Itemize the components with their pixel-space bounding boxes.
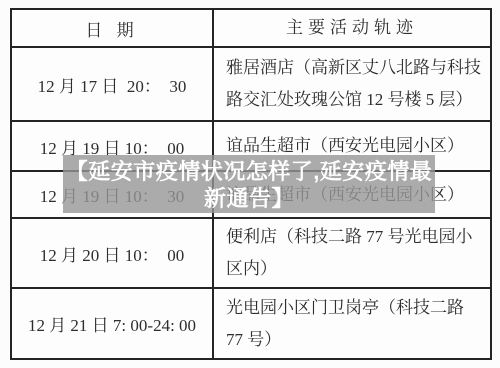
date-cell: 12 月 17 日 20： 30: [12, 48, 214, 120]
table-header-row: 日 期 主要活动轨迹: [12, 10, 490, 46]
table-row: 12 月 21 日 7: 00-24: 00 光电园小区门卫岗亭（科技二路 77…: [12, 287, 490, 358]
table-row: 12 月 20 日 10： 00 便利店（科技二路 77 号光电园小区内）: [12, 217, 490, 287]
header-trajectory: 主要活动轨迹: [214, 10, 490, 46]
watermark-overlay: 【延安市疫情状况怎样了,延安疫情最 新通告】: [63, 155, 435, 213]
trajectory-cell: 雅居酒店（高新区丈八北路与科技路交汇处玫瑰公馆 12 号楼 5 层）: [226, 52, 482, 116]
date-cell: 12 月 20 日 10： 00: [12, 219, 214, 287]
trajectory-cell: 光电园小区门卫岗亭（科技二路 77 号）: [226, 292, 482, 356]
date-cell: 12 月 21 日 7: 00-24: 00: [12, 289, 214, 358]
watermark-line-1: 【延安市疫情状况怎样了,延安疫情最: [63, 158, 435, 185]
header-date: 日 期: [12, 10, 214, 46]
watermark-line-2: 新通告】: [63, 185, 435, 212]
trajectory-cell: 便利店（科技二路 77 号光电园小区内）: [226, 221, 482, 285]
table-row: 12 月 17 日 20： 30 雅居酒店（高新区丈八北路与科技路交汇处玫瑰公馆…: [12, 46, 490, 120]
